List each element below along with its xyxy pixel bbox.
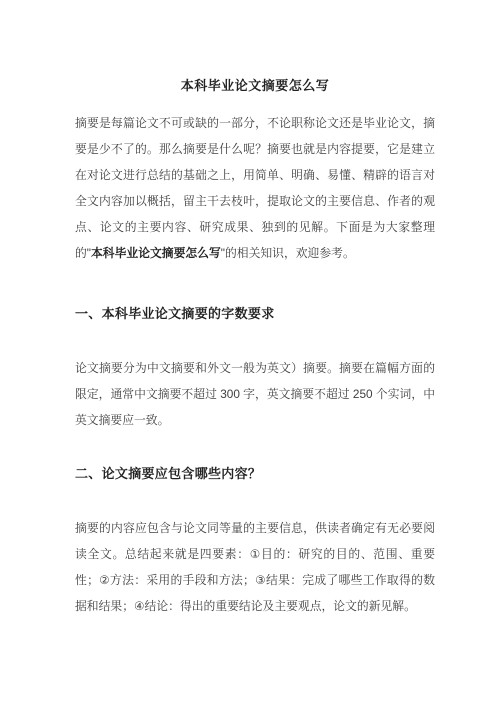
section-1-heading: 一、本科毕业论文摘要的字数要求 — [75, 301, 435, 327]
document-page: 本科毕业论文摘要怎么写 摘要是每篇论文不可或缺的一部分，不论职称论文还是毕业论文… — [0, 0, 500, 707]
section-2-heading: 二、论文摘要应包含哪些内容？ — [75, 461, 435, 487]
intro-bold-keyword: 本科毕业论文摘要怎么写 — [91, 246, 221, 260]
section-2-body-paragraph: 摘要的内容应包含与论文同等量的主要信息，供读者确定有无必要阅读全文。总结起来就是… — [75, 515, 435, 619]
intro-paragraph: 摘要是每篇论文不可或缺的一部分，不论职称论文还是毕业论文，摘要是少不了的。那么摘… — [75, 110, 435, 266]
intro-text-before-quote: 摘要是每篇论文不可或缺的一部分，不论职称论文还是毕业论文，摘要是少不了的。那么摘… — [75, 116, 435, 260]
section-1-body-paragraph: 论文摘要分为中文摘要和外文一般为英文）摘要。摘要在篇幅方面的限定，通常中文摘要不… — [75, 355, 435, 433]
document-title: 本科毕业论文摘要怎么写 — [75, 73, 435, 99]
intro-text-after-quote: "的相关知识，欢迎参考。 — [221, 246, 355, 260]
